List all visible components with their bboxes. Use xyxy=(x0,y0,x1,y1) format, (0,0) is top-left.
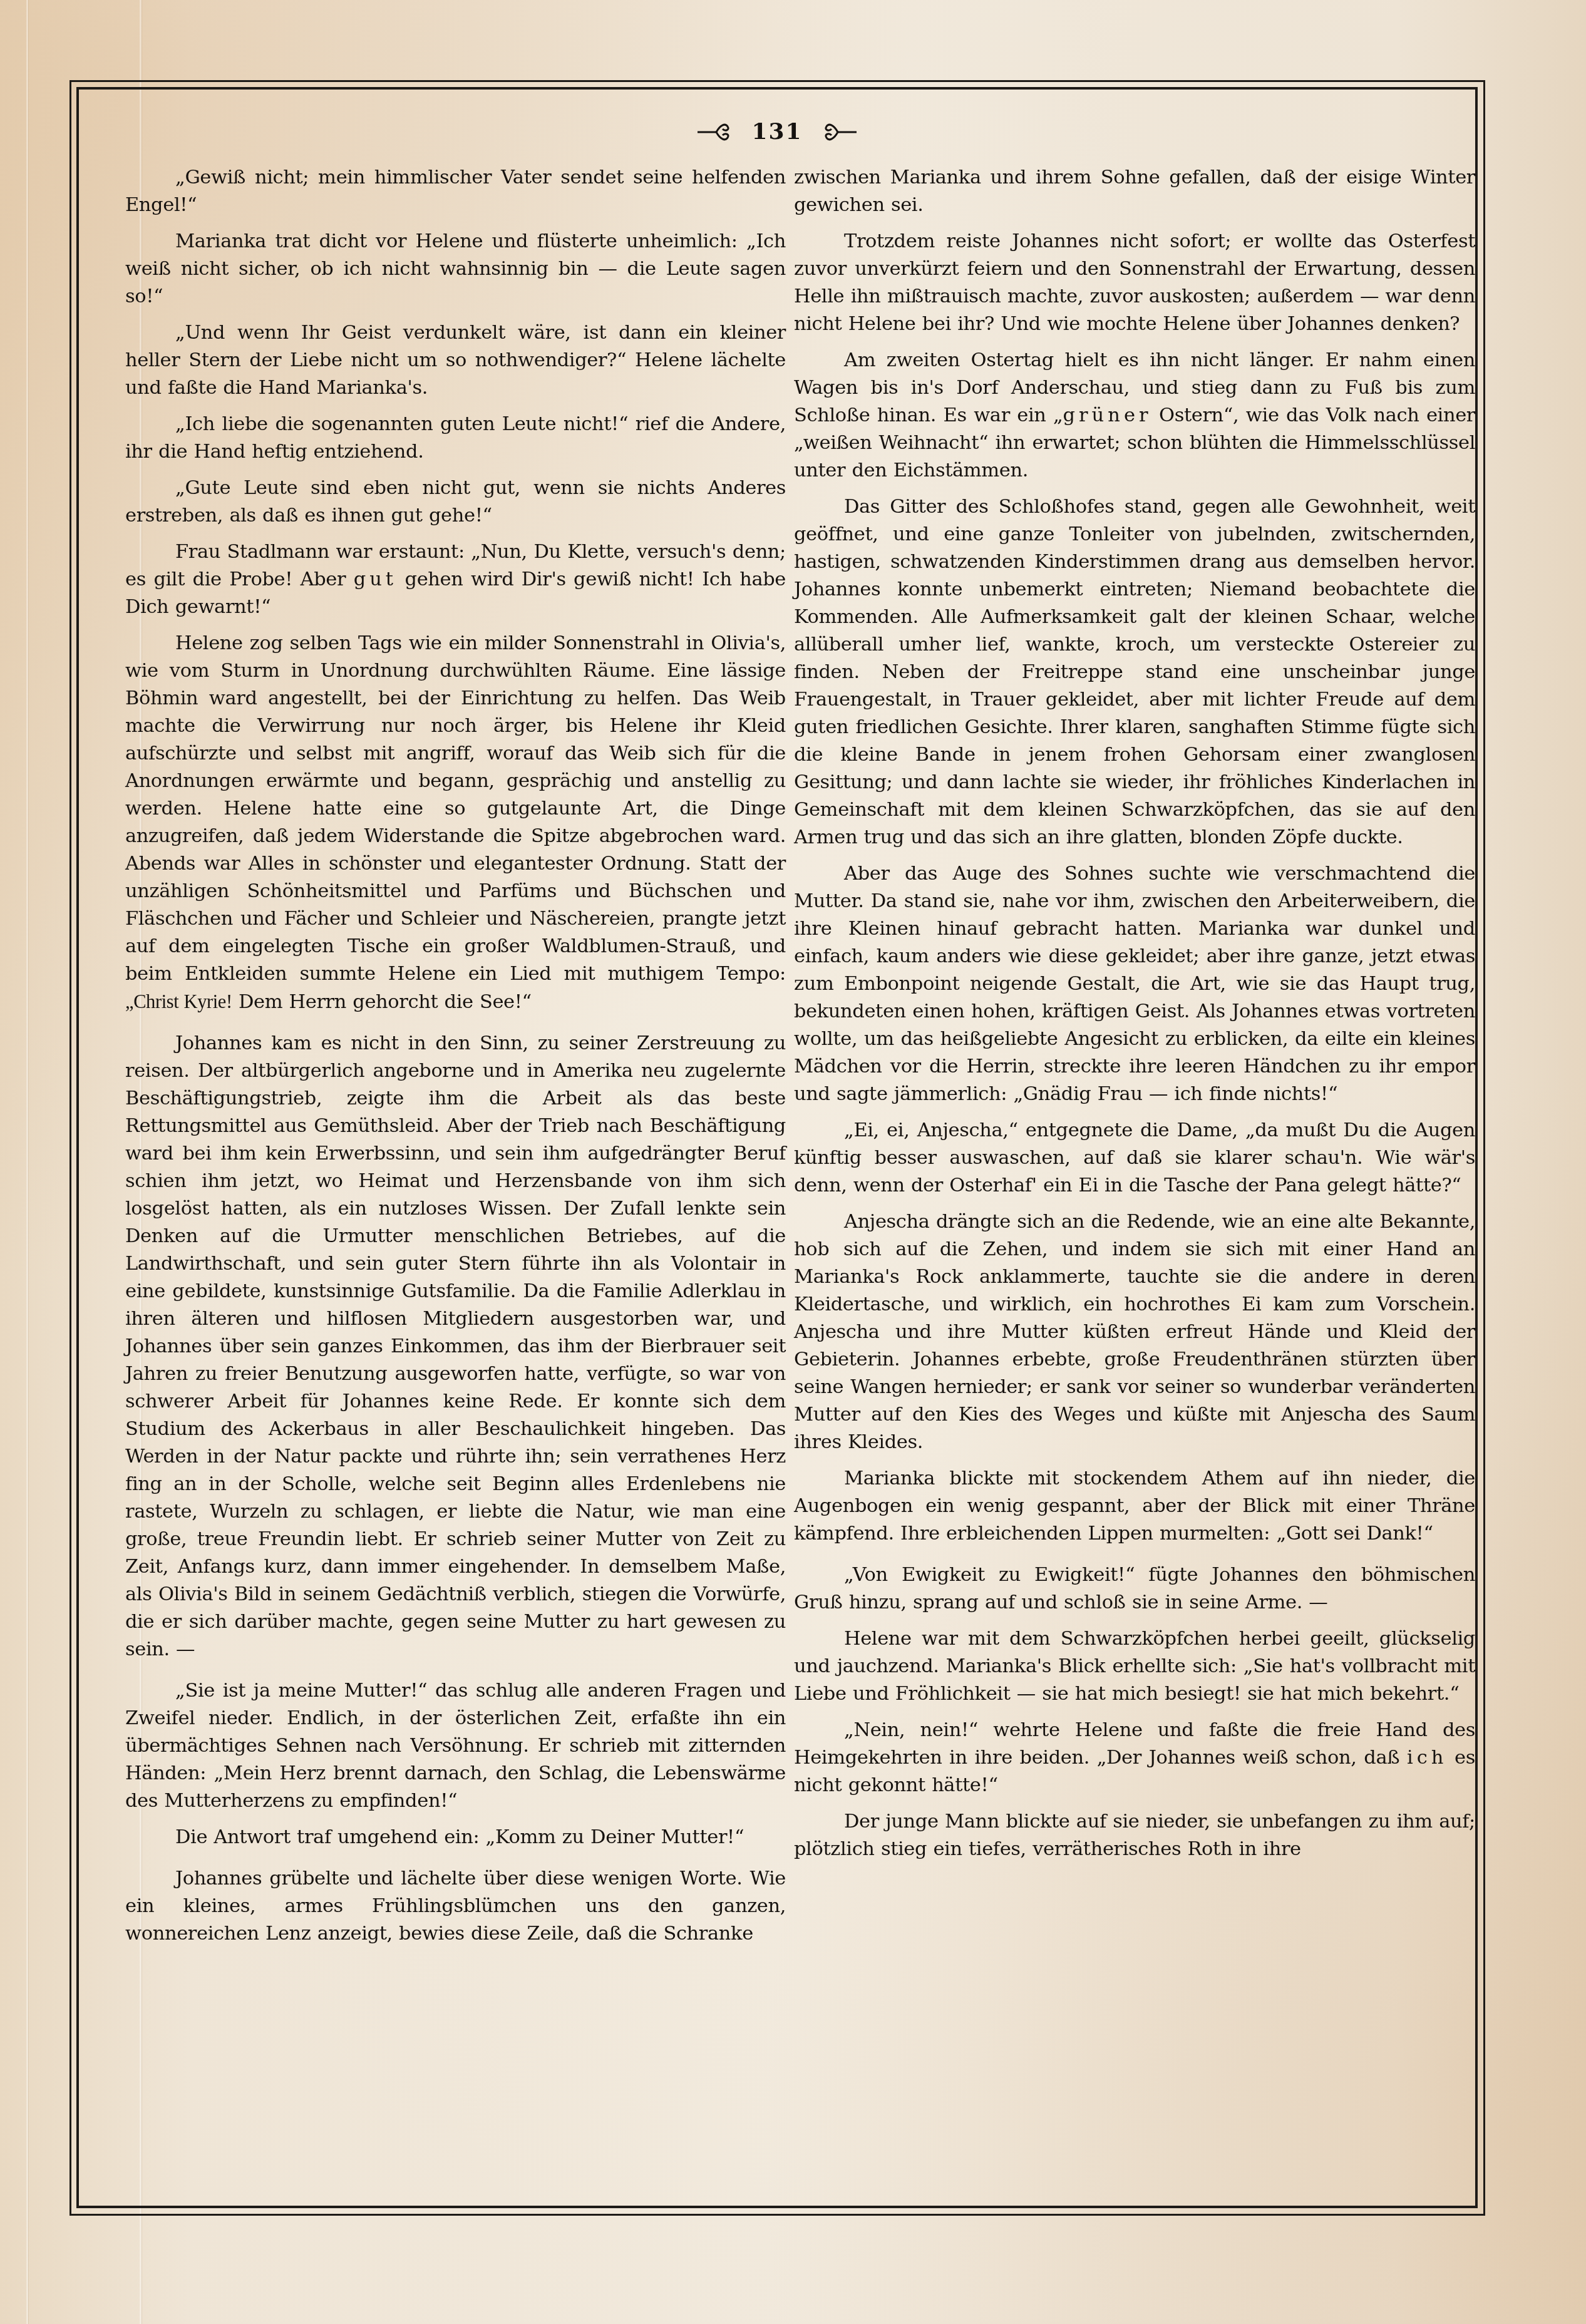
paragraph: „Nein, nein!“ wehrte Helene und faßte di… xyxy=(794,1717,1475,1799)
right-text-column: zwischen Marianka und ihrem Sohne gefall… xyxy=(794,164,1475,1863)
paragraph: „Gute Leute sind eben nicht gut, wenn si… xyxy=(125,475,786,530)
paragraph: Die Antwort traf umgehend ein: „Komm zu … xyxy=(125,1824,786,1851)
paragraph: „Von Ewigkeit zu Ewigkeit!“ fügte Johann… xyxy=(794,1561,1475,1617)
page-number: 131 xyxy=(751,118,802,145)
paragraph: Helene zog selben Tags wie ein milder So… xyxy=(125,630,786,1016)
emphasized-word: ich xyxy=(1407,1747,1447,1769)
paragraph: Marianka blickte mit stockendem Athem au… xyxy=(794,1465,1475,1548)
paragraph: Trotzdem reiste Johannes nicht sofort; e… xyxy=(794,228,1475,338)
paragraph: „Gewiß nicht; mein himmlischer Vater sen… xyxy=(125,164,786,219)
paragraph-text: Helene zog selben Tags wie ein milder So… xyxy=(125,632,786,985)
latin-quote: „Christ Kyrie! xyxy=(125,991,232,1012)
paragraph: „Ich liebe die sogenannten guten Leute n… xyxy=(125,411,786,466)
paragraph: „Ei, ei, Anjescha,“ entgegnete die Dame,… xyxy=(794,1117,1475,1200)
paragraph: Der junge Mann blickte auf sie nieder, s… xyxy=(794,1808,1475,1863)
paragraph: Johannes grübelte und lächelte über dies… xyxy=(125,1865,786,1948)
paragraph: „Sie ist ja meine Mutter!“ das schlug al… xyxy=(125,1677,786,1815)
paragraph: Johannes kam es nicht in den Sinn, zu se… xyxy=(125,1030,786,1663)
page-header: 131 xyxy=(76,113,1478,150)
paragraph-continuation: zwischen Marianka und ihrem Sohne gefall… xyxy=(794,164,1475,219)
emphasized-word: gut xyxy=(354,568,397,590)
paragraph-text: „Nein, nein!“ wehrte Helene und faßte di… xyxy=(794,1719,1475,1769)
paragraph: Marianka trat dicht vor Helene und flüst… xyxy=(125,228,786,311)
paragraph: „Und wenn Ihr Geist verdunkelt wäre, ist… xyxy=(125,319,786,402)
paragraph: Frau Stadlmann war erstaunt: „Nun, Du Kl… xyxy=(125,538,786,621)
paragraph: Anjescha drängte sich an die Redende, wi… xyxy=(794,1208,1475,1456)
paragraph: Am zweiten Ostertag hielt es ihn nicht l… xyxy=(794,347,1475,485)
paragraph: Aber das Auge des Sohnes suchte wie vers… xyxy=(794,860,1475,1108)
emphasized-word: grüner xyxy=(1063,404,1152,426)
paper-fold-line xyxy=(26,0,28,2324)
paragraph: Helene war mit dem Schwarzköpfchen herbe… xyxy=(794,1625,1475,1708)
left-ornament-icon xyxy=(698,120,734,143)
paragraph-text: Dem Herrn gehorcht die See!“ xyxy=(232,991,532,1013)
paragraph: Das Gitter des Schloßhofes stand, gegen … xyxy=(794,493,1475,851)
left-text-column: „Gewiß nicht; mein himmlischer Vater sen… xyxy=(125,164,786,1948)
right-ornament-icon xyxy=(820,120,857,143)
